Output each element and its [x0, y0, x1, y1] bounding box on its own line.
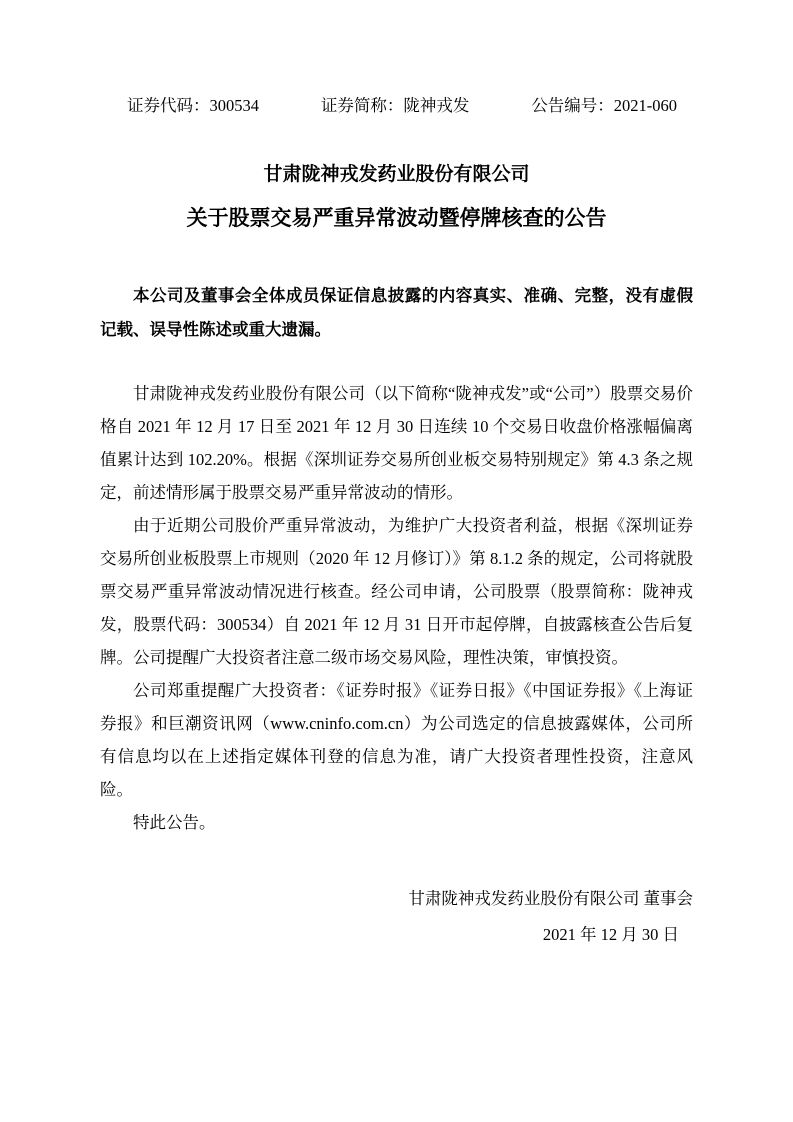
company-title: 甘肃陇神戎发药业股份有限公司 — [100, 162, 693, 188]
signature-company: 甘肃陇神戎发药业股份有限公司 董事会 — [100, 881, 693, 917]
body-paragraph-3: 公司郑重提醒广大投资者：《证券时报》《证券日报》《中国证券报》《上海证券报》和巨… — [100, 674, 693, 806]
board-statement-paragraph: 本公司及董事会全体成员保证信息披露的内容真实、准确、完整，没有虚假记载、误导性陈… — [100, 279, 693, 347]
body-paragraph-2: 由于近期公司股价严重异常波动，为维护广大投资者利益，根据《深圳证券交易所创业板股… — [100, 509, 693, 674]
announcement-number-label: 公告编号：2021-060 — [531, 96, 677, 116]
document-header: 证券代码：300534 证券简称：陇神戎发 公告编号：2021-060 — [100, 96, 693, 116]
stock-name-label: 证券简称：陇神戎发 — [321, 96, 470, 116]
signature-date: 2021 年 12 月 30 日 — [100, 917, 693, 953]
body-paragraph-1: 甘肃陇神戎发药业股份有限公司（以下简称“陇神戎发”或“公司”）股票交易价格自 2… — [100, 377, 693, 509]
announcement-title: 关于股票交易严重异常波动暨停牌核查的公告 — [100, 204, 693, 233]
closing-line: 特此公告。 — [100, 806, 693, 839]
signature-block: 甘肃陇神戎发药业股份有限公司 董事会 2021 年 12 月 30 日 — [100, 881, 693, 953]
stock-code-label: 证券代码：300534 — [127, 96, 259, 116]
announcement-page: 证券代码：300534 证券简称：陇神戎发 公告编号：2021-060 甘肃陇神… — [0, 0, 793, 1122]
